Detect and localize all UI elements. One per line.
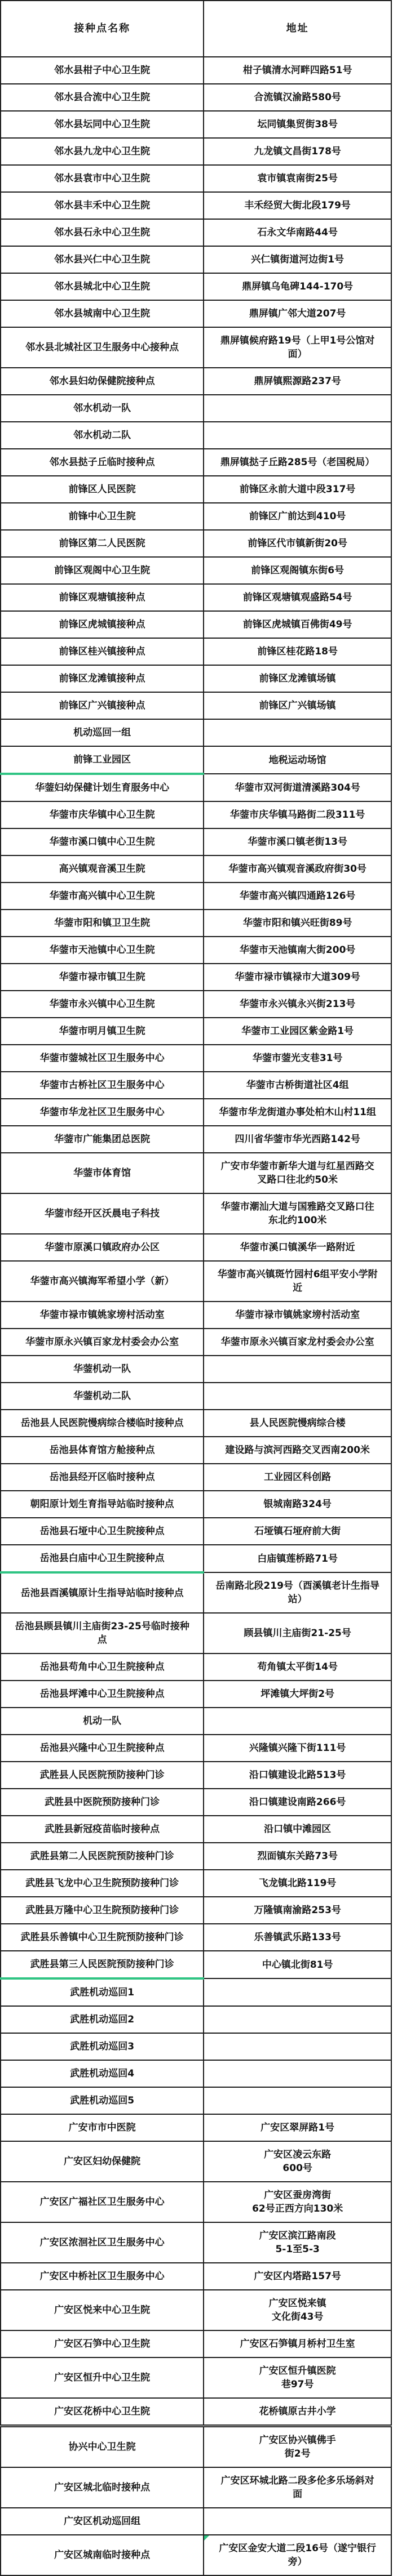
table-row: 邻水县城南中心卫生院鼎屏镇广邻大道207号 (1, 300, 391, 327)
table-row: 华蓥机动二队 (1, 1383, 391, 1410)
site-name-cell: 广安区悦来中心卫生院 (1, 2290, 204, 2330)
site-name-cell: 邻水县城南中心卫生院 (1, 300, 204, 327)
site-name-cell: 前锋区龙滩镇接种点 (1, 665, 204, 692)
site-name-cell: 邻水县丰禾中心卫生院 (1, 192, 204, 219)
site-name-cell: 武胜机动巡回4 (1, 2060, 204, 2087)
site-name-cell: 武胜县中医院预防接种门诊 (1, 1789, 204, 1816)
table-row: 华蓥市原溪口镇政府办公区华蓥市溪口镇溪华一路附近 (1, 1234, 391, 1261)
address-cell: 华蓥市溪口镇老街13号 (204, 828, 391, 855)
address-cell: 兴仁镇街道河边街1号 (204, 246, 391, 273)
address-cell: 苟角镇太平街14号 (204, 1654, 391, 1681)
site-name-cell: 广安市市中医院 (1, 2114, 204, 2141)
address-cell: 坛同镇集贸街38号 (204, 111, 391, 138)
table-row: 机动一队 (1, 1708, 391, 1735)
table-row: 岳池县石垭中心卫生院接种点石垭镇石垭府前大街 (1, 1518, 391, 1545)
site-name-cell: 岳池县酉溪镇原计生指导站临时接种点 (1, 1572, 204, 1613)
site-name-cell: 武胜县第二人民医院预防接种门诊 (1, 1843, 204, 1870)
address-cell: 华蓥市双河街道清溪路304号 (204, 774, 391, 801)
address-cell: 华蓥市高兴镇斑竹园村6组平安小学附 近 (204, 1261, 391, 1302)
site-name-cell: 华蓥市体育馆 (1, 1153, 204, 1193)
site-name-cell: 前锋区第二人民医院 (1, 530, 204, 557)
address-cell: 广安区协兴镇佛手 街2号 (204, 2426, 391, 2468)
site-name-cell: 邻水县妇幼保健院接种点 (1, 368, 204, 395)
address-cell: 花桥镇原古井小学 (204, 2398, 391, 2426)
site-name-cell: 华蓥市原永兴镇百家龙村委会办公室 (1, 1329, 204, 1356)
site-name-cell: 华蓥市古桥社区卫生服务中心 (1, 1072, 204, 1099)
table-row: 华蓥市蓥城社区卫生服务中心华蓥市蓥光支巷31号 (1, 1045, 391, 1072)
table-row: 前锋区龙滩镇接种点前锋区龙滩镇场镇 (1, 665, 391, 692)
address-cell: 鼎屏镇广邻大道207号 (204, 300, 391, 327)
address-cell: 广安市华蓥市新华大道与红星西路交 叉路口往北约50米 (204, 1153, 391, 1193)
table-row: 邻水县九龙中心卫生院九龙镇文昌街178号 (1, 138, 391, 165)
site-name-cell: 武胜机动巡回3 (1, 2033, 204, 2060)
site-name-cell: 武胜县万隆中心卫生院预防接种门诊 (1, 1897, 204, 1924)
table-row: 前锋区观阁中心卫生院前锋区观阁镇东街6号 (1, 557, 391, 584)
site-name-cell: 前锋中心卫生院 (1, 503, 204, 530)
address-cell: 地税运动场馆 (204, 746, 391, 774)
table-row: 邻水县兴仁中心卫生院兴仁镇街道河边街1号 (1, 246, 391, 273)
address-cell: 华蓥市溪口镇溪华一路附近 (204, 1234, 391, 1261)
table-row: 华蓥市体育馆广安市华蓥市新华大道与红星西路交 叉路口往北约50米 (1, 1153, 391, 1193)
table-row: 武胜县新冠疫苗临时接种点沿口镇中滩园区 (1, 1816, 391, 1843)
address-cell (204, 2033, 391, 2060)
address-cell: 广安区内塔路157号 (204, 2263, 391, 2290)
site-name-cell: 武胜县乐善镇中心卫生院预防接种门诊 (1, 1924, 204, 1951)
site-name-cell: 华蓥市高兴镇中心卫生院 (1, 883, 204, 910)
address-cell: 烈面镇东关路73号 (204, 1843, 391, 1870)
table-row: 邻水县丰禾中心卫生院丰禾经贸大街北段179号 (1, 192, 391, 219)
table-row: 前锋区桂兴镇接种点前锋区桂花路18号 (1, 638, 391, 665)
address-cell: 建设路与滨河西路交叉西南200米 (204, 1437, 391, 1464)
site-name-cell: 邻水县柑子中心卫生院 (1, 57, 204, 84)
site-name-cell: 武胜县新冠疫苗临时接种点 (1, 1816, 204, 1843)
address-cell (204, 1383, 391, 1410)
table-row: 华蓥市经开区沃晨电子科技华蓥市潮汕大道与国雅路交叉路口往 东北约100米 (1, 1193, 391, 1234)
table-row: 广安区悦来中心卫生院广安区悦来镇 文化街43号 (1, 2290, 391, 2330)
site-name-cell: 邻水机动一队 (1, 395, 204, 422)
table-row: 武胜县飞龙中心卫生院预防接种门诊飞龙镇北路119号 (1, 1870, 391, 1897)
table-row: 邻水县妇幼保健院接种点鼎屏镇熙源路237号 (1, 368, 391, 395)
site-name-cell: 武胜县飞龙中心卫生院预防接种门诊 (1, 1870, 204, 1897)
site-name-cell: 岳池县兴隆中心卫生院接种点 (1, 1735, 204, 1762)
address-cell: 石垭镇石垭府前大街 (204, 1518, 391, 1545)
address-cell (204, 1978, 391, 2006)
table-row: 武胜机动巡回2 (1, 2006, 391, 2033)
column-header-site-name: 接种点名称 (1, 1, 204, 57)
table-row: 岳池县人民医院慢病综合楼临时接种点县人民医院慢病综合楼 (1, 1410, 391, 1437)
table-row: 机动巡回一组 (1, 719, 391, 746)
address-cell (204, 2508, 391, 2535)
site-name-cell: 广安区妇幼保健院 (1, 2141, 204, 2182)
table-row: 武胜机动巡回1 (1, 1978, 391, 2006)
table-row: 岳池县苟角中心卫生院接种点苟角镇太平街14号 (1, 1654, 391, 1681)
site-name-cell: 华蓥机动一队 (1, 1356, 204, 1383)
site-name-cell: 岳池县坪滩中心卫生院接种点 (1, 1681, 204, 1708)
table-row: 武胜机动巡回4 (1, 2060, 391, 2087)
address-cell: 前锋区永前大道中段317号 (204, 476, 391, 503)
table-row: 华蓥市禄市镇姚家塝村活动室华蓥市禄市镇姚家塝村活动室 (1, 1302, 391, 1329)
table-row: 邻水县城北中心卫生院鼎屏镇乌龟碑144-170号 (1, 273, 391, 300)
site-name-cell: 前锋区人民医院 (1, 476, 204, 503)
address-cell: 坪滩镇大坪街2号 (204, 1681, 391, 1708)
site-name-cell: 邻水县北城社区卫生服务中心接种点 (1, 327, 204, 368)
site-name-cell: 广安区机动巡回组 (1, 2508, 204, 2535)
site-name-cell: 广安区石笋中心卫生院 (1, 2330, 204, 2357)
site-name-cell: 武胜县人民医院预防接种门诊 (1, 1762, 204, 1789)
address-cell: 广安区悦来镇 文化街43号 (204, 2290, 391, 2330)
address-cell: 沿口镇建设南路266号 (204, 1789, 391, 1816)
table-row: 邻水县合流中心卫生院合流镇汉渝路580号 (1, 84, 391, 111)
address-cell: 鼎屏镇熙源路237号 (204, 368, 391, 395)
table-row: 华蓥市明月镇卫生院华蓥市工业园区紫金路1号 (1, 1018, 391, 1045)
table-body: 邻水县柑子中心卫生院柑子镇清水河畔四路51号邻水县合流中心卫生院合流镇汉渝路58… (1, 57, 391, 2575)
site-name-cell: 华蓥市华龙社区卫生服务中心 (1, 1099, 204, 1126)
site-name-cell: 机动巡回一组 (1, 719, 204, 746)
table-row: 华蓥市古桥社区卫生服务中心华蓥市古桥街道社区4组 (1, 1072, 391, 1099)
site-name-cell: 广安区城南临时接种点 (1, 2535, 204, 2575)
address-cell: 华蓥市禄市镇姚家塝村活动室 (204, 1302, 391, 1329)
table-row: 武胜机动巡回3 (1, 2033, 391, 2060)
site-name-cell: 邻水县坛同中心卫生院 (1, 111, 204, 138)
table-row: 岳池县白庙中心卫生院接种点白庙镇莲桥路71号 (1, 1545, 391, 1572)
table-row: 华蓥市天池镇中心卫生院华蓥市天池镇南大街200号 (1, 937, 391, 964)
site-name-cell: 武胜县第三人民医院预防接种门诊 (1, 1951, 204, 1978)
table-row: 广安区城北临时接种点广安区环城北路二段多伦多乐场斜对 面 (1, 2467, 391, 2508)
table-row: 武胜机动巡回5 (1, 2087, 391, 2114)
site-name-cell: 华蓥市经开区沃晨电子科技 (1, 1193, 204, 1234)
address-cell: 四川省华蓥市华光西路142号 (204, 1126, 391, 1153)
address-cell: 华蓥市原永兴镇百家龙村委会办公室 (204, 1329, 391, 1356)
table-row: 华蓥市永兴镇中心卫生院华蓥市永兴镇永兴街213号 (1, 991, 391, 1018)
address-cell: 石永文华南路44号 (204, 219, 391, 246)
address-cell: 袁市镇袁南街25号 (204, 165, 391, 192)
table-row: 广安区恒升中心卫生院广安区恒升镇医院 巷97号 (1, 2357, 391, 2398)
address-cell: 华蓥市潮汕大道与国雅路交叉路口往 东北约100米 (204, 1193, 391, 1234)
site-name-cell: 邻水县城北中心卫生院 (1, 273, 204, 300)
address-cell: 沿口镇建设北路513号 (204, 1762, 391, 1789)
table-row: 邻水机动一队 (1, 395, 391, 422)
site-name-cell: 邻水县合流中心卫生院 (1, 84, 204, 111)
site-name-cell: 岳池县石垭中心卫生院接种点 (1, 1518, 204, 1545)
address-cell: 华蓥市古桥街道社区4组 (204, 1072, 391, 1099)
address-cell: 华蓥市禄市镇禄市大道309号 (204, 964, 391, 991)
address-cell (204, 1708, 391, 1735)
site-name-cell: 华蓥市禄市镇姚家塝村活动室 (1, 1302, 204, 1329)
table-row: 华蓥妇幼保健计划生育服务中心华蓥市双河街道清溪路304号 (1, 774, 391, 801)
table-row: 武胜县人民医院预防接种门诊沿口镇建设北路513号 (1, 1762, 391, 1789)
vaccination-sites-table: 接种点名称 地址 邻水县柑子中心卫生院柑子镇清水河畔四路51号邻水县合流中心卫生… (0, 0, 392, 2576)
table-row: 武胜县第三人民医院预防接种门诊中心镇北街81号 (1, 1951, 391, 1978)
address-cell (204, 2006, 391, 2033)
site-name-cell: 岳池县白庙中心卫生院接种点 (1, 1545, 204, 1572)
address-cell: 广安区滨江路南段 5-1至5-3 (204, 2222, 391, 2263)
table-row: 华蓥市庆华镇中心卫生院华蓥市庆华镇马路街二段311号 (1, 801, 391, 828)
address-cell: 华蓥市工业园区紫金路1号 (204, 1018, 391, 1045)
table-row: 广安区机动巡回组 (1, 2508, 391, 2535)
table-row: 武胜县中医院预防接种门诊沿口镇建设南路266号 (1, 1789, 391, 1816)
table-row: 武胜县第二人民医院预防接种门诊烈面镇东关路73号 (1, 1843, 391, 1870)
table-row: 前锋区人民医院前锋区永前大道中段317号 (1, 476, 391, 503)
address-cell: 广安区翠屏路1号 (204, 2114, 391, 2141)
address-cell (204, 2087, 391, 2114)
table-row: 广安市市中医院广安区翠屏路1号 (1, 2114, 391, 2141)
site-name-cell: 前锋区虎城镇接种点 (1, 611, 204, 638)
site-name-cell: 华蓥妇幼保健计划生育服务中心 (1, 774, 204, 801)
header-row: 接种点名称 地址 (1, 1, 391, 57)
address-cell: 广安区恒升镇医院 巷97号 (204, 2357, 391, 2398)
table-row: 岳池县坪滩中心卫生院接种点坪滩镇大坪街2号 (1, 1681, 391, 1708)
address-cell (204, 422, 391, 449)
address-cell: 广安区石笋镇月桥村卫生室 (204, 2330, 391, 2357)
table-row: 广安区妇幼保健院广安区凌云东路 600号 (1, 2141, 391, 2182)
table-row: 岳池县酉溪镇原计生指导站临时接种点岳南路北段219号（酉溪镇老计生指导 站） (1, 1572, 391, 1613)
site-name-cell: 华蓥市原溪口镇政府办公区 (1, 1234, 204, 1261)
address-cell: 银城南路324号 (204, 1491, 391, 1518)
table-row: 邻水县袁市中心卫生院袁市镇袁南街25号 (1, 165, 391, 192)
address-cell: 鼎屏镇挞子丘路285号（老国税局） (204, 449, 391, 476)
table-row: 华蓥市阳和镇卫卫生院华蓥市阳和镇兴旺街89号 (1, 910, 391, 937)
site-name-cell: 广安区中桥社区卫生服务中心 (1, 2263, 204, 2290)
site-name-cell: 广安区城北临时接种点 (1, 2467, 204, 2508)
site-name-cell: 广安区广福社区卫生服务中心 (1, 2182, 204, 2222)
table-row: 前锋区第二人民医院前锋区代市镇新街20号 (1, 530, 391, 557)
address-cell (204, 719, 391, 746)
site-name-cell: 华蓥市高兴镇海军希望小学（新） (1, 1261, 204, 1302)
address-cell (204, 395, 391, 422)
site-name-cell: 华蓥市永兴镇中心卫生院 (1, 991, 204, 1018)
address-cell: 兴隆镇兴隆下街111号 (204, 1735, 391, 1762)
address-cell: 广安区蚕房湾街 62号正西方向130米 (204, 2182, 391, 2222)
site-name-cell: 邻水县九龙中心卫生院 (1, 138, 204, 165)
address-cell: 前锋区虎城镇百佛街49号 (204, 611, 391, 638)
table-row: 岳池县顾县镇川主庙街23-25号临时接种 点顾县镇川主庙街21-25号 (1, 1613, 391, 1654)
address-cell: 华蓥市阳和镇兴旺街89号 (204, 910, 391, 937)
address-cell: 华蓥市高兴镇四通路126号 (204, 883, 391, 910)
site-name-cell: 华蓥市阳和镇卫卫生院 (1, 910, 204, 937)
site-name-cell: 岳池县顾县镇川主庙街23-25号临时接种 点 (1, 1613, 204, 1654)
table-row: 岳池县经开区临时接种点工业园区科创路 (1, 1464, 391, 1491)
address-cell: 白庙镇莲桥路71号 (204, 1545, 391, 1572)
table-row: 朝阳原计划生育指导站临时接种点银城南路324号 (1, 1491, 391, 1518)
site-name-cell: 前锋区观阁中心卫生院 (1, 557, 204, 584)
site-name-cell: 前锋区桂兴镇接种点 (1, 638, 204, 665)
site-name-cell: 协兴中心卫生院 (1, 2426, 204, 2468)
table-row: 邻水县挞子丘临时接种点鼎屏镇挞子丘路285号（老国税局） (1, 449, 391, 476)
address-cell: 飞龙镇北路119号 (204, 1870, 391, 1897)
table-row: 广安区广福社区卫生服务中心广安区蚕房湾街 62号正西方向130米 (1, 2182, 391, 2222)
site-name-cell: 广安区恒升中心卫生院 (1, 2357, 204, 2398)
site-name-cell: 邻水县挞子丘临时接种点 (1, 449, 204, 476)
table-row: 岳池县体育馆方舱接种点建设路与滨河西路交叉西南200米 (1, 1437, 391, 1464)
address-cell: 乐善镇武乐路133号 (204, 1924, 391, 1951)
site-name-cell: 邻水县袁市中心卫生院 (1, 165, 204, 192)
address-cell: 广安区金安大道二段16号（遂宁银行 旁） (204, 2535, 391, 2575)
table-row: 邻水县坛同中心卫生院坛同镇集贸街38号 (1, 111, 391, 138)
table-row: 广安区石笋中心卫生院广安区石笋镇月桥村卫生室 (1, 2330, 391, 2357)
address-cell: 鼎屏镇乌龟碑144-170号 (204, 273, 391, 300)
site-name-cell: 前锋工业园区 (1, 746, 204, 774)
site-name-cell: 前锋区观塘镇接种点 (1, 584, 204, 611)
site-name-cell: 岳池县苟角中心卫生院接种点 (1, 1654, 204, 1681)
table-row: 华蓥市高兴镇中心卫生院华蓥市高兴镇四通路126号 (1, 883, 391, 910)
site-name-cell: 广安区浓洄社区卫生服务中心 (1, 2222, 204, 2263)
address-cell: 鼎屏镇候府路19号（上甲1号公馆对 面） (204, 327, 391, 368)
address-cell: 华蓥市高兴镇观音溪政府街30号 (204, 855, 391, 883)
table-row: 岳池县兴隆中心卫生院接种点兴隆镇兴隆下街111号 (1, 1735, 391, 1762)
address-cell: 前锋区代市镇新街20号 (204, 530, 391, 557)
site-name-cell: 前锋区广兴镇接种点 (1, 692, 204, 719)
site-name-cell: 朝阳原计划生育指导站临时接种点 (1, 1491, 204, 1518)
site-name-cell: 武胜机动巡回5 (1, 2087, 204, 2114)
address-cell: 柑子镇清水河畔四路51号 (204, 57, 391, 84)
address-cell: 华蓥市庆华镇马路街二段311号 (204, 801, 391, 828)
address-cell: 前锋区广前达到410号 (204, 503, 391, 530)
site-name-cell: 邻水机动二队 (1, 422, 204, 449)
table-row: 武胜县乐善镇中心卫生院预防接种门诊乐善镇武乐路133号 (1, 1924, 391, 1951)
address-cell: 沿口镇中滩园区 (204, 1816, 391, 1843)
address-cell: 前锋区观阁镇东街6号 (204, 557, 391, 584)
address-cell (204, 1356, 391, 1383)
site-name-cell: 武胜机动巡回1 (1, 1978, 204, 2006)
table-row: 前锋中心卫生院前锋区广前达到410号 (1, 503, 391, 530)
address-cell: 丰禾经贸大街北段179号 (204, 192, 391, 219)
table-row: 武胜县万隆中心卫生院预防接种门诊万隆镇南渝路253号 (1, 1897, 391, 1924)
table-row: 前锋工业园区地税运动场馆 (1, 746, 391, 774)
table-row: 前锋区虎城镇接种点前锋区虎城镇百佛街49号 (1, 611, 391, 638)
address-cell: 九龙镇文昌街178号 (204, 138, 391, 165)
table-row: 广安区城南临时接种点广安区金安大道二段16号（遂宁银行 旁） (1, 2535, 391, 2575)
site-name-cell: 广安区花桥中心卫生院 (1, 2398, 204, 2426)
table-row: 协兴中心卫生院广安区协兴镇佛手 街2号 (1, 2426, 391, 2468)
table-row: 邻水机动二队 (1, 422, 391, 449)
address-cell: 前锋区观塘镇观盛路54号 (204, 584, 391, 611)
table-row: 华蓥市广能集团总医院四川省华蓥市华光西路142号 (1, 1126, 391, 1153)
address-cell: 广安区凌云东路 600号 (204, 2141, 391, 2182)
table-row: 前锋区观塘镇接种点前锋区观塘镇观盛路54号 (1, 584, 391, 611)
table-row: 华蓥市禄市镇卫生院华蓥市禄市镇禄市大道309号 (1, 964, 391, 991)
address-cell: 工业园区科创路 (204, 1464, 391, 1491)
site-name-cell: 华蓥机动二队 (1, 1383, 204, 1410)
site-name-cell: 武胜机动巡回2 (1, 2006, 204, 2033)
table-row: 华蓥市溪口镇中心卫生院华蓥市溪口镇老街13号 (1, 828, 391, 855)
table-row: 华蓥市华龙社区卫生服务中心华蓥市华龙街道办事处柏木山村11组 (1, 1099, 391, 1126)
table-row: 广安区花桥中心卫生院花桥镇原古井小学 (1, 2398, 391, 2426)
site-name-cell: 华蓥市禄市镇卫生院 (1, 964, 204, 991)
site-name-cell: 岳池县经开区临时接种点 (1, 1464, 204, 1491)
table-row: 邻水县石永中心卫生院石永文华南路44号 (1, 219, 391, 246)
address-cell: 中心镇北街81号 (204, 1951, 391, 1978)
table-row: 邻水县北城社区卫生服务中心接种点鼎屏镇候府路19号（上甲1号公馆对 面） (1, 327, 391, 368)
site-name-cell: 邻水县石永中心卫生院 (1, 219, 204, 246)
address-cell: 万隆镇南渝路253号 (204, 1897, 391, 1924)
table-row: 邻水县柑子中心卫生院柑子镇清水河畔四路51号 (1, 57, 391, 84)
site-name-cell: 华蓥市溪口镇中心卫生院 (1, 828, 204, 855)
column-header-address: 地址 (204, 1, 391, 57)
site-name-cell: 华蓥市广能集团总医院 (1, 1126, 204, 1153)
address-cell: 华蓥市永兴镇永兴街213号 (204, 991, 391, 1018)
table-row: 前锋区广兴镇接种点前锋区广兴镇场镇 (1, 692, 391, 719)
table-row: 广安区中桥社区卫生服务中心广安区内塔路157号 (1, 2263, 391, 2290)
site-name-cell: 华蓥市蓥城社区卫生服务中心 (1, 1045, 204, 1072)
site-name-cell: 华蓥市明月镇卫生院 (1, 1018, 204, 1045)
site-name-cell: 邻水县兴仁中心卫生院 (1, 246, 204, 273)
address-cell: 华蓥市天池镇南大街200号 (204, 937, 391, 964)
address-cell: 顾县镇川主庙街21-25号 (204, 1613, 391, 1654)
address-cell: 华蓥市蓥光支巷31号 (204, 1045, 391, 1072)
address-cell: 广安区环城北路二段多伦多乐场斜对 面 (204, 2467, 391, 2508)
address-cell: 华蓥市华龙街道办事处柏木山村11组 (204, 1099, 391, 1126)
address-cell: 合流镇汉渝路580号 (204, 84, 391, 111)
table-header: 接种点名称 地址 (1, 1, 391, 57)
table-row: 华蓥市高兴镇海军希望小学（新）华蓥市高兴镇斑竹园村6组平安小学附 近 (1, 1261, 391, 1302)
table-row: 广安区浓洄社区卫生服务中心广安区滨江路南段 5-1至5-3 (1, 2222, 391, 2263)
address-cell: 前锋区广兴镇场镇 (204, 692, 391, 719)
site-name-cell: 华蓥市天池镇中心卫生院 (1, 937, 204, 964)
address-cell (204, 2060, 391, 2087)
table-row: 高兴镇观音溪卫生院华蓥市高兴镇观音溪政府街30号 (1, 855, 391, 883)
site-name-cell: 高兴镇观音溪卫生院 (1, 855, 204, 883)
address-cell: 前锋区龙滩镇场镇 (204, 665, 391, 692)
address-cell: 岳南路北段219号（酉溪镇老计生指导 站） (204, 1572, 391, 1613)
site-name-cell: 岳池县人民医院慢病综合楼临时接种点 (1, 1410, 204, 1437)
address-cell: 前锋区桂花路18号 (204, 638, 391, 665)
site-name-cell: 机动一队 (1, 1708, 204, 1735)
table-row: 华蓥市原永兴镇百家龙村委会办公室华蓥市原永兴镇百家龙村委会办公室 (1, 1329, 391, 1356)
address-cell: 县人民医院慢病综合楼 (204, 1410, 391, 1437)
site-name-cell: 岳池县体育馆方舱接种点 (1, 1437, 204, 1464)
site-name-cell: 华蓥市庆华镇中心卫生院 (1, 801, 204, 828)
table-row: 华蓥机动一队 (1, 1356, 391, 1383)
